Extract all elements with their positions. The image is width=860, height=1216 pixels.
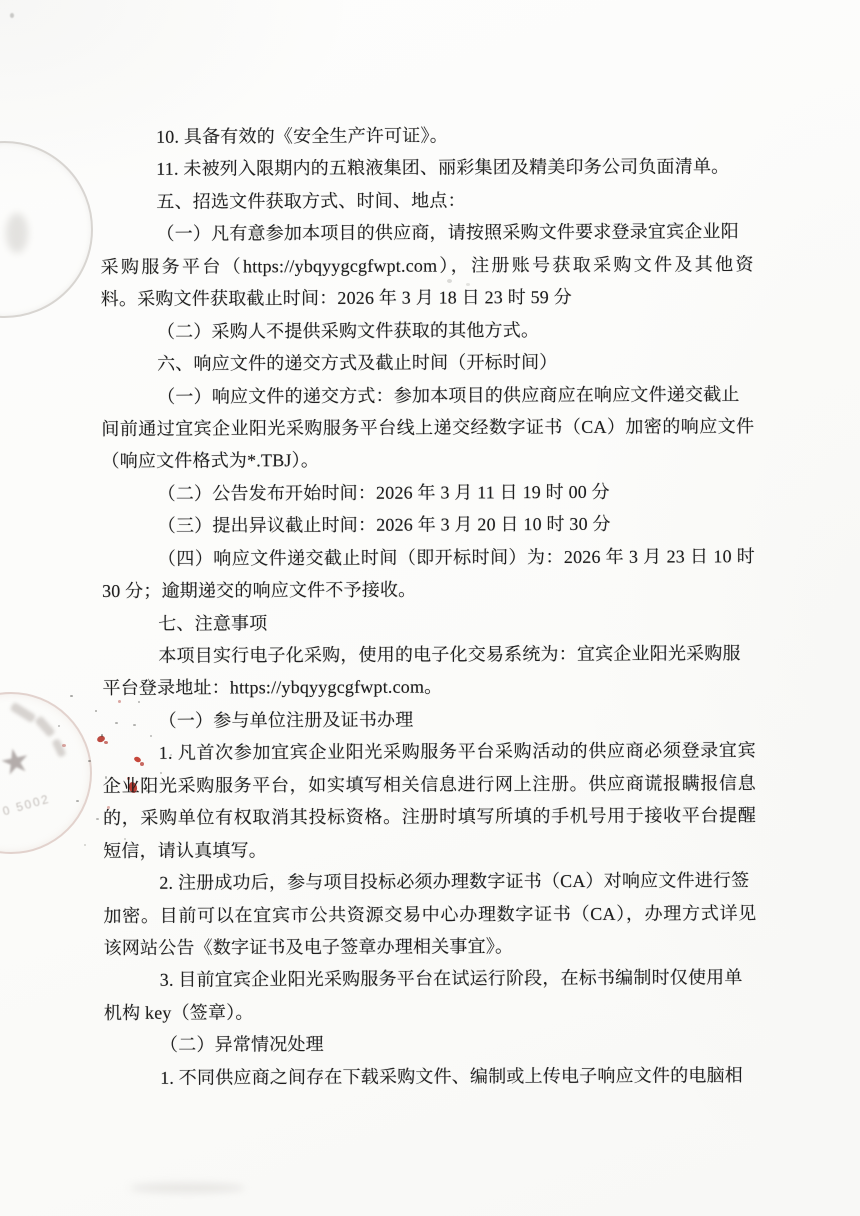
document-line: （一）参与单位注册及证书办理 (103, 702, 756, 737)
document-line: 1. 不同供应商之间存在下载采购文件、编制或上传电子响应文件的电脑相同 (104, 1059, 757, 1094)
document-line: 1. 凡首次参加宜宾企业阳光采购服务平台采购活动的供应商必须登录宜宾 (103, 734, 756, 769)
document-line: 加密。目前可以在宜宾市公共资源交易中心办理数字证书（CA），办理方式详见 (103, 897, 756, 932)
seal-serial-text: 0 5002 (1, 792, 52, 819)
ink-speckle (88, 760, 91, 762)
document-line: 五、招选文件获取方式、时间、地点： (100, 183, 753, 218)
document-line: （响应文件格式为*.TBJ）。 (101, 443, 754, 478)
document-line: （二）采购人不提供采购文件获取的其他方式。 (101, 313, 754, 348)
scan-smudge (130, 1183, 245, 1193)
document-body-text: 10. 具备有效的《安全生产许可证》。11. 未被列入限期内的五粮液集团、丽彩集… (100, 118, 757, 1094)
document-line: 料。采购文件获取截止时间：2026 年 3 月 18 日 23 时 59 分 (101, 280, 754, 315)
ink-speckle (96, 818, 99, 820)
document-line: 2. 注册成功后，参与项目投标必须办理数字证书（CA）对响应文件进行签名、 (103, 864, 756, 899)
document-line: 10. 具备有效的《安全生产许可证》。 (100, 118, 753, 153)
faded-stamp-circle (0, 141, 93, 318)
ink-speckle (95, 710, 97, 712)
document-line: 七、注意事项 (102, 605, 755, 640)
document-line: 机构 key（签章）。 (104, 994, 757, 1029)
document-line: （二）异常情况处理 (104, 1026, 757, 1061)
document-line: 企业阳光采购服务平台，如实填写相关信息进行网上注册。供应商谎报瞒报信息 (103, 767, 756, 802)
seal-arc-text-mark (34, 715, 55, 737)
document-line: （一）凡有意参加本项目的供应商，请按照采购文件要求登录宜宾企业阳光 (100, 215, 753, 250)
document-line: （二）公告发布开始时间：2026 年 3 月 11 日 19 时 00 分 (102, 475, 755, 510)
document-line: 30 分；逾期递交的响应文件不予接收。 (102, 572, 755, 607)
document-line: （一）响应文件的递交方式：参加本项目的供应商应在响应文件递交截止时 (101, 378, 754, 413)
document-line: （四）响应文件递交截止时间（即开标时间）为：2026 年 3 月 23 日 10… (102, 540, 755, 575)
document-line: 平台登录地址：https://ybqyygcgfwpt.com。 (102, 670, 755, 705)
ink-speckle (70, 695, 73, 697)
ink-speckle (76, 800, 79, 802)
document-line: 间前通过宜宾企业阳光采购服务平台线上递交经数字证书（CA）加密的响应文件 (101, 410, 754, 445)
ink-speckle (58, 725, 60, 727)
ink-speckle (62, 744, 66, 747)
document-line: 采购服务平台（https://ybqyygcgfwpt.com），注册账号获取采… (101, 248, 754, 283)
document-line: （三）提出异议截止时间：2026 年 3 月 20 日 10 时 30 分 (102, 507, 755, 542)
stamp-smudge (6, 213, 28, 253)
seal-arc-text-mark (51, 738, 66, 758)
document-line: 的，采购单位有权取消其投标资格。注册时填写所填的手机号用于接收平台提醒 (103, 799, 756, 834)
seal-star-icon: ★ (0, 739, 34, 784)
official-seal-stamp: ★ 0 5002 (0, 692, 92, 854)
document-line: 短信，请认真填写。 (103, 832, 756, 867)
seal-arc-text-mark (10, 702, 37, 723)
document-line: 11. 未被列入限期内的五粮液集团、丽彩集团及精美印务公司负面清单。 (100, 151, 753, 186)
scan-speck (10, 13, 14, 18)
document-line: 本项目实行电子化采购，使用的电子化交易系统为：宜宾企业阳光采购服务 (102, 637, 755, 672)
document-line: 3. 目前宜宾企业阳光采购服务平台在试运行阶段，在标书编制时仅使用单位 (104, 962, 757, 997)
document-line: 该网站公告《数字证书及电子签章办理相关事宜》。 (104, 929, 757, 964)
scanned-document-page: ★ 0 5002 10. 具备有效的《安全生产许可证》。11. 未被列入限期内的… (0, 0, 860, 1216)
ink-speckle (84, 844, 86, 846)
document-line: 六、响应文件的递交方式及截止时间（开标时间） (101, 345, 754, 380)
